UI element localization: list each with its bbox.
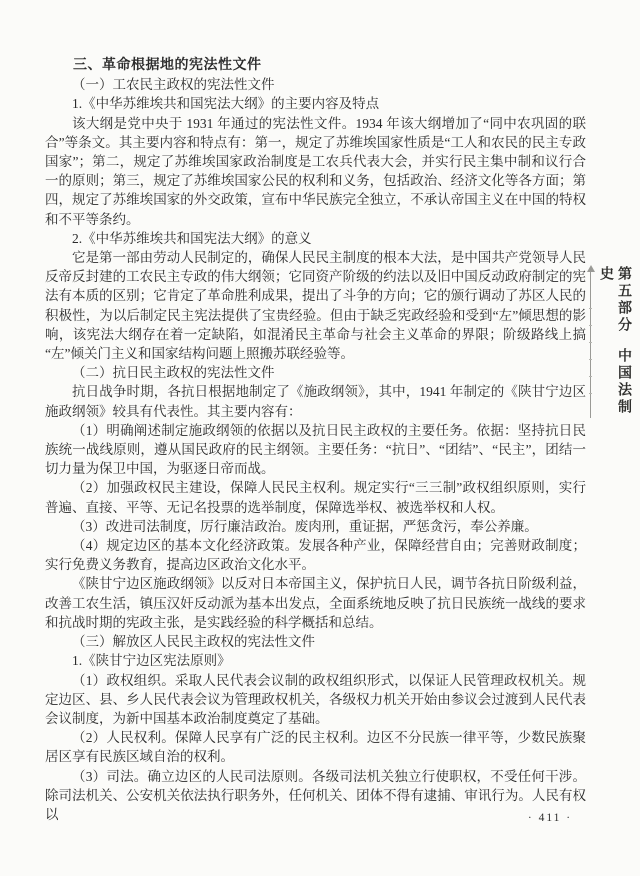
chapter-tab-text: 第五部分中国法制史 — [596, 266, 632, 426]
item-heading: 1.《陕甘宁边区宪法原则》 — [45, 651, 586, 670]
item-heading: 2.《中华苏维埃共和国宪法大纲》的意义 — [45, 229, 586, 248]
chapter-side-tab: 第五部分中国法制史 — [590, 266, 632, 426]
arrow-line-icon — [590, 272, 591, 418]
paragraph: 《陕甘宁边区施政纲领》以反对日本帝国主义，保护抗日人民，调节各抗日阶级利益，改善… — [45, 574, 586, 632]
paragraph: （3）司法。确立边区的人民司法原则。各级司法机关独立行使职权，不受任何干涉。除司… — [45, 767, 586, 825]
book-page: 三、革命根据地的宪法性文件 （一）工农民主政权的宪法性文件 1.《中华苏维埃共和… — [0, 0, 640, 876]
paragraph: 该大纲是党中央于 1931 年通过的宪法性文件。1934 年该大纲增加了“同中农… — [45, 114, 586, 229]
page-number: · 411 · — [515, 812, 585, 824]
subsection-heading: （一）工农民主政权的宪法性文件 — [45, 75, 586, 94]
paragraph: 它是第一部由劳动人民制定的，确保人民民主制度的根本大法，是中国共产党领导人民反帝… — [45, 248, 586, 363]
paragraph: （3）改进司法制度，厉行廉洁政治。废肉刑，重证据，严惩贪污，奉公养廉。 — [45, 517, 586, 536]
paragraph: （2）加强政权民主建设，保障人民民主权利。规定实行“三三制”政权组织原则，实行普… — [45, 478, 586, 516]
part-label: 第五部分 — [616, 266, 631, 334]
main-text: 三、革命根据地的宪法性文件 （一）工农民主政权的宪法性文件 1.《中华苏维埃共和… — [45, 56, 586, 824]
paragraph: 抗日战争时期，各抗日根据地制定了《施政纲领》，其中，1941 年制定的《陕甘宁边… — [45, 382, 586, 420]
paragraph: （2）人民权利。保障人民享有广泛的民主权利。边区不分民族一律平等，少数民族聚居区… — [45, 728, 586, 766]
subsection-heading: （三）解放区人民民主政权的宪法性文件 — [45, 632, 586, 651]
paragraph: （1）明确阐述制定施政纲领的依据以及抗日民主政权的主要任务。依据：坚持抗日民族统… — [45, 421, 586, 479]
paragraph: （1）政权组织。采取人民代表会议制的政权组织形式，以保证人民管理政权机关。规定边… — [45, 671, 586, 729]
section-heading: 三、革命根据地的宪法性文件 — [45, 56, 586, 75]
paragraph: （4）规定边区的基本文化经济政策。发展各种产业，保障经营自由；完善财政制度；实行… — [45, 536, 586, 574]
subsection-heading: （二）抗日民主政权的宪法性文件 — [45, 363, 586, 382]
item-heading: 1.《中华苏维埃共和国宪法大纲》的主要内容及特点 — [45, 94, 586, 113]
